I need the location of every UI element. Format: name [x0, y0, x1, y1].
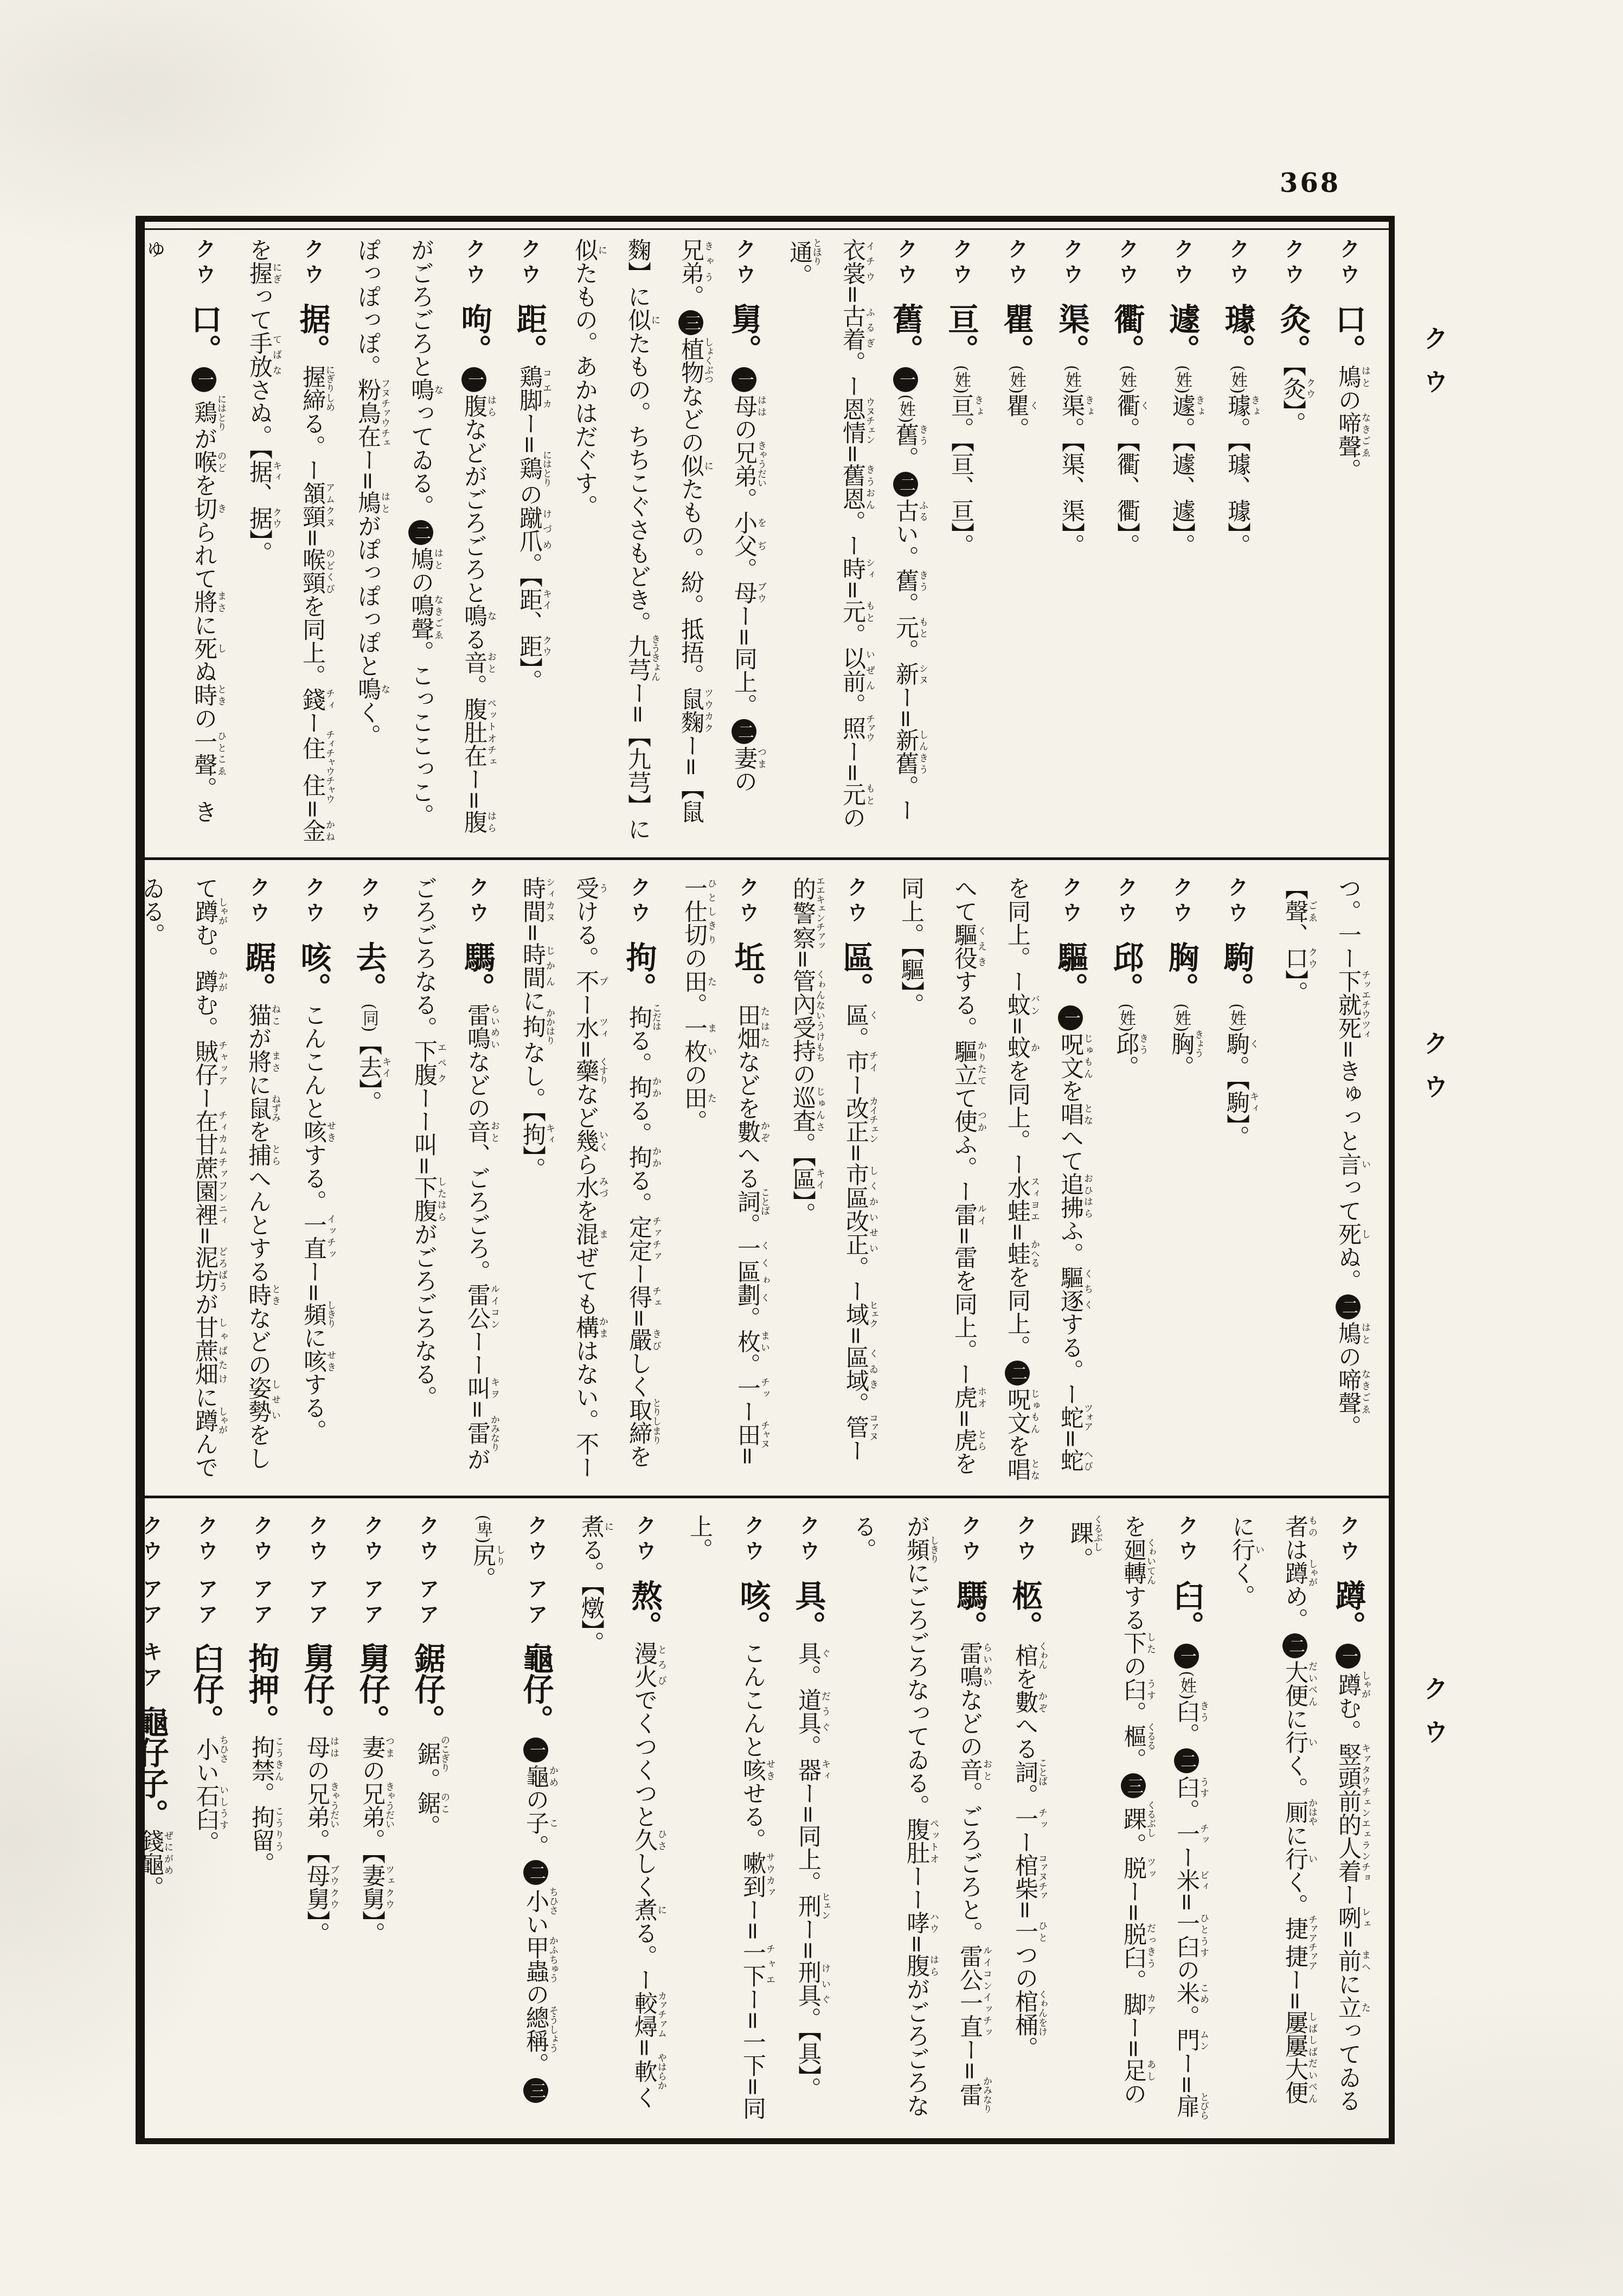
- usage-label: (姓): [1177, 1671, 1196, 1699]
- entry-headword: 距。: [511, 303, 548, 365]
- entry-headword: 具。: [790, 1580, 826, 1641]
- sense-number: 二: [523, 1860, 548, 1885]
- sense-number: 二: [1336, 1294, 1361, 1319]
- entry-headword: 去。: [351, 941, 387, 1003]
- dictionary-entry: クウ驅。一呪文じゅもんを唱となへて追拂おひはらふ。驅逐くちくする。ー蛇ツォア=蛇…: [884, 876, 1097, 1484]
- band-1: クウ口。鳩はとの啼聲なきごゑ。クウ灸。【灸クウ】。クウ璩。(姓)璩きょ。【璩、璩…: [145, 222, 1389, 857]
- entry-headword: 鋸仔。: [409, 1643, 446, 1735]
- entry-headword: 騳。: [952, 1580, 988, 1641]
- band-3-columns: クウ蹲。一蹲しゃがむ。竪頭前的人着キァタウチェンエェランチョー咧レェ=前まへに立…: [145, 1498, 1389, 2134]
- dictionary-entry: クウ遽。(姓)遽きょ。【遽、遽】。: [1156, 238, 1209, 845]
- dictionary-entry: クウ騳。雷鳴らいめいなどの音おと、ごろごろ。雷公ルイコンーー叫キヲ=雷かみなりが…: [397, 876, 504, 1484]
- entry-headword: 臼仔。: [188, 1643, 224, 1735]
- dictionary-entry: クウ璩。(姓)璩きょ。【璩、璩】。: [1211, 238, 1264, 845]
- entry-headword: 龜仔。: [518, 1643, 554, 1735]
- entry-reading: クウ: [741, 1515, 765, 1566]
- entry-reading: クウ: [1114, 876, 1138, 927]
- entry-reading: クウ: [1060, 238, 1083, 289]
- entry-reading: クウ: [844, 876, 868, 927]
- entry-headword: 駒。: [1218, 941, 1255, 1003]
- entry-headword: 遽。: [1164, 303, 1201, 365]
- band-3: クウ蹲。一蹲しゃがむ。竪頭前的人着キァタウチェンエェランチョー咧レェ=前まへに立…: [145, 1496, 1389, 2134]
- entry-definition: 錢龜ぜにがめ。: [145, 1829, 164, 1899]
- sense-number: 一: [1336, 1644, 1361, 1669]
- sense-number: 一: [461, 367, 486, 392]
- entry-definition: 妻つまの兄弟きゃうだい。【妻舅ツェクウ】。: [358, 1735, 386, 1945]
- entry-reading: クウ アア: [360, 1515, 384, 1628]
- entry-headword: 熬。: [626, 1580, 663, 1641]
- entry-reading: クウ: [1224, 876, 1248, 927]
- usage-label: (姓): [1117, 1003, 1136, 1032]
- sense-number: 二: [1282, 1633, 1307, 1658]
- entry-definition: 鳩はとの啼聲なきごゑ。: [1335, 365, 1362, 482]
- dictionary-entry: クウ蹲。一蹲しゃがむ。竪頭前的人着キァタウチェンエェランチョー咧レェ=前まへに立…: [1215, 1515, 1375, 2122]
- entry-headword: 拘。: [621, 941, 657, 1003]
- dictionary-entry: クウ拘。拘こだはる。拘かかる。拘かかる。定定チァチァー得チェ=嚴きびしく取締とり…: [506, 876, 665, 1484]
- dictionary-entry: クウ亘。(姓)亘きょ。【亘、亘】。: [934, 238, 987, 845]
- entry-reading: クウ: [1004, 238, 1028, 289]
- sense-number: 二: [732, 719, 756, 744]
- dictionary-entry: クウ咳。こんこんと咳せきせる。嗽到サウカァー=一下チャエー=一下=同上。: [673, 1515, 779, 2122]
- entry-headword: 口。: [1330, 303, 1367, 365]
- usage-label: (姓): [1172, 1003, 1191, 1032]
- entry-headword: 舊。: [888, 303, 924, 365]
- dictionary-entry: クウ邱。(姓)邱きう。: [1099, 876, 1152, 1484]
- dictionary-entry: クウ舅。一母ははの兄弟きゃうだい。小父をぢ。母ブウー=同上。二妻つまの兄弟きゃう…: [558, 238, 771, 845]
- entry-reading: クウ アア: [194, 1515, 218, 1628]
- sense-number: 一: [191, 367, 216, 392]
- entry-definition: (同)【去キイ】。: [355, 1003, 382, 1114]
- margin-guide-tab: クウ: [1416, 1676, 1452, 1762]
- dictionary-entry: クウ アア臼仔。小ちひさい石臼いしうす。: [179, 1515, 233, 2122]
- entry-reading: クウ: [1175, 1515, 1198, 1566]
- entry-reading: クウ: [300, 238, 324, 289]
- usage-label: (姓): [1228, 365, 1247, 394]
- sense-number: 二: [1005, 1361, 1030, 1386]
- entry-definition: 母ははの兄弟きゃうだい。【母舅ブウクウ】。: [303, 1735, 330, 1945]
- band-2: つ。一ー下就死チッエチウツィ=きゅっと言いって死しぬ。二鳩はとの啼聲なきごゑ。【…: [145, 857, 1389, 1496]
- entry-definition: 小ちひさい石臼いしうす。: [193, 1735, 220, 1854]
- entry-reading: クウ: [1336, 1515, 1360, 1566]
- usage-label: (姓): [1007, 365, 1026, 394]
- entry-reading: クウ: [632, 1515, 656, 1566]
- entry-headword: 蹲。: [1330, 1580, 1367, 1641]
- entry-headword: 瞿。: [998, 303, 1035, 365]
- entry-reading: クウ アア: [415, 1515, 439, 1628]
- entry-reading: クウ: [462, 238, 486, 289]
- dictionary-page-scan: 368 クウ クウ クウ クウ口。鳩はとの啼聲なきごゑ。クウ灸。【灸クウ】。クウ…: [0, 0, 1623, 2296]
- entry-reading: クウ: [1059, 876, 1082, 927]
- dictionary-entry: クウ アア舅仔。妻つまの兄弟きゃうだい。【妻舅ツェクウ】。: [345, 1515, 399, 2122]
- entry-headword: 龜仔子。: [145, 1705, 169, 1829]
- sense-number: 一: [1058, 1005, 1083, 1030]
- entry-reading: クウ: [627, 876, 651, 927]
- sense-number: 一: [732, 367, 756, 392]
- entry-definition: (姓)衢く。【衢、衢】。: [1113, 365, 1140, 557]
- entry-reading: クウ: [517, 238, 541, 289]
- usage-label: (姓): [1118, 365, 1137, 394]
- entry-definition: (姓)邱きう。: [1112, 1003, 1139, 1079]
- dictionary-entry: クウ アア舅仔。母ははの兄弟きゃうだい。【母舅ブウクウ】。: [290, 1515, 343, 2122]
- entry-definition: 具ぐ。道具だうぐ。器キィー=同上。刑ヒェンー=刑具けいぐ。【具】。: [794, 1641, 822, 2100]
- entry-headword: 据。: [294, 303, 331, 365]
- dictionary-entry: クウ舊。一(姓)舊きう。二古ふるい。舊きう。元もと。新シヌー=新舊しんきう。ー衣…: [773, 238, 932, 845]
- dictionary-entry: クウ柩。棺くゎんを數かぞへる詞ことば。一チッー棺柴コァヌチァ=一ひとつの棺桶くゎ…: [998, 1515, 1051, 2122]
- entry-reading: クウ: [1115, 238, 1139, 289]
- dictionary-entry: クウ騳。雷鳴らいめいなどの音おと。ごろごろと。雷公一直ルイコンイッチッー=雷かみ…: [837, 1515, 996, 2122]
- band-1-columns: クウ口。鳩はとの啼聲なきごゑ。クウ灸。【灸クウ】。クウ璩。(姓)璩きょ。【璩、璩…: [145, 222, 1389, 857]
- dictionary-entry: クウ咳。こんこんと咳せきする。一直イッチッー=頻しきりに咳せきする。: [287, 876, 340, 1484]
- entry-reading: クウ: [894, 238, 918, 289]
- dictionary-entry: クウ据。握締にぎりしめる。ー頷頸アムクヌ=喉頸のどくびを同上。錢チィー住住チィチ…: [233, 238, 339, 845]
- entry-reading: クウ: [958, 1515, 982, 1566]
- dictionary-entry: クウ距。鶏脚コエカー=鶏にはとりの蹴爪けづめ。【距キイ、距クウ】。: [503, 238, 556, 845]
- entry-headword: 亘。: [943, 303, 979, 365]
- dictionary-entry: クウ呴。一腹はらなどがごろごろと鳴なる音おと。腹肚在ペットオチェー=腹はらがごろ…: [341, 238, 501, 845]
- dictionary-entry: クウ衢。(姓)衢く。【衢、衢】。: [1100, 238, 1153, 845]
- usage-label: (姓): [896, 394, 915, 423]
- entry-definition: つ。一ー下就死チッエチウツィ=きゅっと言いって死しぬ。二鳩はとの啼聲なきごゑ。【…: [1281, 876, 1362, 1438]
- dictionary-entry: クウ アア龜仔。一龜かめの子こ。二小ちひさい甲蟲かふちゅうの總稱そうしょう。三(…: [456, 1515, 562, 2122]
- entry-reading: クウ アア: [249, 1515, 273, 1628]
- sense-number: 二: [893, 472, 918, 497]
- entry-headword: 舅仔。: [354, 1643, 390, 1735]
- entry-reading: クウ: [1281, 238, 1305, 289]
- entry-headword: 區。: [838, 941, 874, 1003]
- entry-headword: 拘押。: [243, 1643, 280, 1735]
- content-frame: クウ口。鳩はとの啼聲なきごゑ。クウ灸。【灸クウ】。クウ璩。(姓)璩きょ。【璩、璩…: [136, 216, 1395, 2144]
- entry-reading: クウ: [1336, 238, 1360, 289]
- usage-label: (姓): [1062, 365, 1081, 394]
- sense-number: 二: [408, 520, 433, 545]
- dictionary-entry: クウ瞿。(姓)瞿く。: [990, 238, 1043, 845]
- entry-headword: 璩。: [1220, 303, 1256, 365]
- entry-reading: クウ: [465, 876, 489, 927]
- usage-label: (姓): [1173, 365, 1192, 394]
- entry-headword: 咳。: [735, 1580, 771, 1641]
- entry-reading: クウ: [1013, 1515, 1037, 1566]
- entry-headword: 邱。: [1108, 941, 1144, 1003]
- dictionary-entry: クウ駒。(姓)駒く。【駒キィ】。: [1210, 876, 1263, 1484]
- entry-headword: 咳。: [296, 941, 332, 1003]
- entry-headword: 口。: [186, 303, 222, 365]
- entry-headword: 臼。: [1169, 1580, 1205, 1641]
- usage-label: (姓): [952, 365, 971, 394]
- entry-definition: (姓)渠きょ。【渠、渠】。: [1058, 365, 1085, 557]
- entry-reading: クウ: [732, 238, 756, 289]
- entry-headword: 驅。: [1053, 941, 1089, 1003]
- dictionary-entry: クウ渠。(姓)渠きょ。【渠、渠】。: [1045, 238, 1098, 845]
- dictionary-entry: クウ臼。一(姓)臼きう。二臼うす。一チッー米ビィ=一臼ひとうすの米こめ。門ムンー…: [1054, 1515, 1213, 2122]
- entry-definition: 拘禁こうきん。拘留こうりう。: [248, 1735, 275, 1875]
- sense-number: 三: [1121, 1773, 1146, 1798]
- dictionary-entry: クウ灸。【灸クウ】。: [1266, 238, 1319, 845]
- entry-definition: 鋸のこぎり。鋸のこ。: [414, 1735, 441, 1838]
- entry-reading: クウ アア: [305, 1515, 329, 1628]
- entry-reading: クウ アア キア: [145, 1515, 163, 1691]
- dictionary-entry: クウ口。一鶏にはとりが喉のどを切きられて將まさに死しぬ時ときの一聲ひとこゑ。きゅ: [145, 238, 230, 845]
- entry-headword: 騳。: [459, 941, 496, 1003]
- entry-reading: クウ: [1226, 238, 1249, 289]
- dictionary-entry: クウ アア キア龜仔子。錢龜ぜにがめ。: [145, 1515, 177, 2122]
- margin-guide-tab: クウ: [1416, 1030, 1452, 1117]
- entry-reading: クウ: [796, 1515, 820, 1566]
- entry-definition: (姓)遽きょ。【遽、遽】。: [1169, 365, 1196, 557]
- usage-label: (同): [360, 1003, 379, 1032]
- entry-headword: 呴。: [456, 303, 492, 365]
- dictionary-entry: クウ具。具ぐ。道具だうぐ。器キィー=同上。刑ヒェンー=刑具けいぐ。【具】。: [781, 1515, 835, 2122]
- band-2-columns: つ。一ー下就死チッエチウツィ=きゅっと言いって死しぬ。二鳩はとの啼聲なきごゑ。【…: [145, 860, 1389, 1496]
- usage-label: (姓): [1227, 1003, 1246, 1032]
- entry-headword: 踞。: [240, 941, 277, 1003]
- sense-number: 一: [523, 1737, 548, 1762]
- margin-guide-tab: クウ: [1416, 325, 1452, 412]
- sense-number: 三: [523, 2078, 548, 2103]
- entry-headword: 坵。: [729, 941, 766, 1003]
- page-number: 368: [1280, 168, 1340, 198]
- entry-reading: クウ: [192, 238, 216, 289]
- dictionary-entry: クウ アア鋸仔。鋸のこぎり。鋸のこ。: [401, 1515, 454, 2122]
- entry-reading: クウ: [246, 876, 270, 927]
- entry-headword: 舅。: [726, 303, 762, 365]
- sense-number: 三: [678, 310, 703, 335]
- entry-headword: 胸。: [1163, 941, 1199, 1003]
- entry-reading: クウ: [949, 238, 973, 289]
- entry-definition: (姓)駒く。【駒キィ】。: [1223, 1003, 1250, 1149]
- entry-headword: 灸。: [1275, 303, 1311, 365]
- dictionary-entry: クウ坵。田畑たはたなどを數かぞへる詞ことば。一區劃くくゎく。枚まい。一チッー田チ…: [668, 876, 774, 1484]
- entry-reading: クウ: [1170, 238, 1194, 289]
- entry-definition: 鶏脚コエカー=鶏にはとりの蹴爪けづめ。【距キイ、距クウ】。: [516, 365, 543, 692]
- dictionary-entry: クウ區。區く。市チイー改正カイチェン=市區改正しくかいせい。ー域ヒェク=區域くゐ…: [776, 876, 882, 1484]
- sense-number: 一: [1174, 1644, 1199, 1669]
- entry-reading: クウ アア: [524, 1515, 548, 1628]
- entry-headword: 渠。: [1054, 303, 1090, 365]
- sense-number: 二: [1174, 1748, 1199, 1773]
- entry-definition: (姓)璩きょ。【璩、璩】。: [1224, 365, 1251, 557]
- entry-reading: クウ: [735, 876, 759, 927]
- entry-reading: クウ: [1169, 876, 1193, 927]
- dictionary-entry: クウ口。鳩はとの啼聲なきごゑ。: [1322, 238, 1375, 845]
- dictionary-entry: クウ踞。猫ねこが將まさに鼠ねずみを捕とらへんとする時ときなどの姿勢しせいをして蹲…: [145, 876, 285, 1484]
- entry-definition: (姓)瞿く。: [1003, 365, 1030, 440]
- entry-definition: (姓)亘きょ。【亘、亘】。: [947, 365, 974, 557]
- entry-reading: クウ: [301, 876, 325, 927]
- entry-continuation: つ。一ー下就死チッエチウツィ=きゅっと言いって死しぬ。二鳩はとの啼聲なきごゑ。【…: [1268, 876, 1375, 1484]
- dictionary-entry: クウ熬。漫火とろびでくつくつと久ひさしく煮にる。ー較燖カァチァム=軟やはらかく煮…: [564, 1515, 671, 2122]
- dictionary-entry: クウ去。(同)【去キイ】。: [342, 876, 395, 1484]
- entry-headword: 衢。: [1109, 303, 1145, 365]
- usage-label: (卑): [473, 1515, 492, 1543]
- entry-definition: 【灸クウ】。: [1279, 365, 1306, 435]
- entry-reading: クウ: [357, 876, 381, 927]
- entry-definition: 棺くゎんを數かぞへる詞ことば。一チッー棺柴コァヌチァ=一ひとつの棺桶くゎんをけ。: [1011, 1641, 1038, 2060]
- entry-definition: こんこんと咳せきする。一直イッチッー=頻しきりに咳せきする。: [300, 1003, 327, 1442]
- dictionary-entry: クウ胸。(姓)胸きょう。: [1154, 876, 1208, 1484]
- entry-definition: (姓)胸きょう。: [1167, 1003, 1195, 1079]
- entry-headword: 舅仔。: [299, 1643, 335, 1735]
- dictionary-entry: クウ アア拘押。拘禁こうきん。拘留こうりう。: [235, 1515, 288, 2122]
- sense-number: 一: [893, 367, 918, 392]
- entry-headword: 柩。: [1007, 1580, 1043, 1641]
